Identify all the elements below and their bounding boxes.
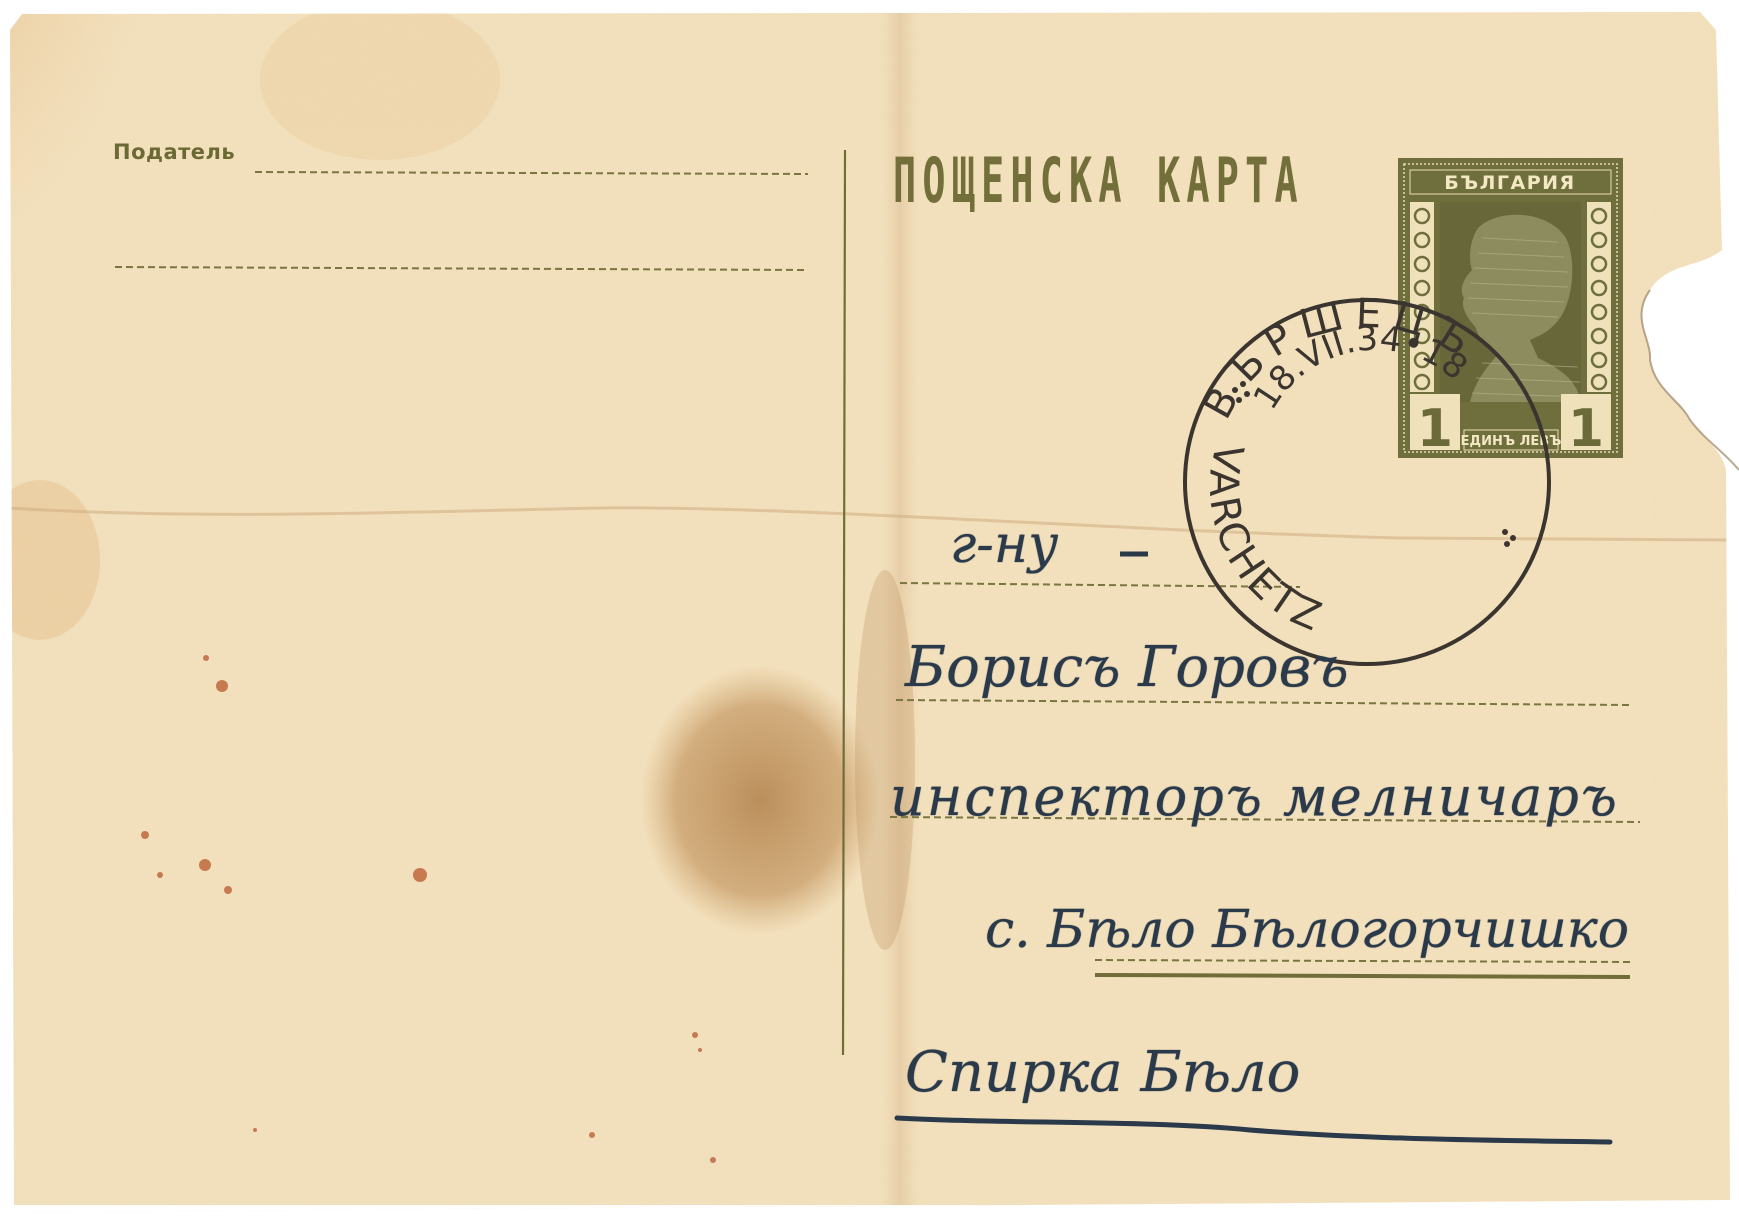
address-occupation: инспекторъ мелничаръ — [890, 765, 1619, 828]
address-recipient-name: Борисъ Горовъ — [905, 635, 1349, 700]
postcard-paper: БЪЛГАРИЯ — [0, 0, 1739, 1226]
svg-text:1: 1 — [1568, 399, 1604, 459]
address-village: с. Бѣло Бѣлогорчишко — [985, 900, 1629, 960]
postcard: БЪЛГАРИЯ — [0, 0, 1739, 1226]
svg-text:БЪЛГАРИЯ: БЪЛГАРИЯ — [1444, 172, 1575, 194]
sender-label: Податель — [113, 140, 235, 164]
svg-text:1: 1 — [1417, 399, 1453, 459]
postcard-title: ПОЩЕНСКА КАРТА — [893, 146, 1304, 216]
address-station: Спирка Бѣло — [905, 1040, 1300, 1105]
address-salutation: г-ну — [950, 515, 1058, 575]
